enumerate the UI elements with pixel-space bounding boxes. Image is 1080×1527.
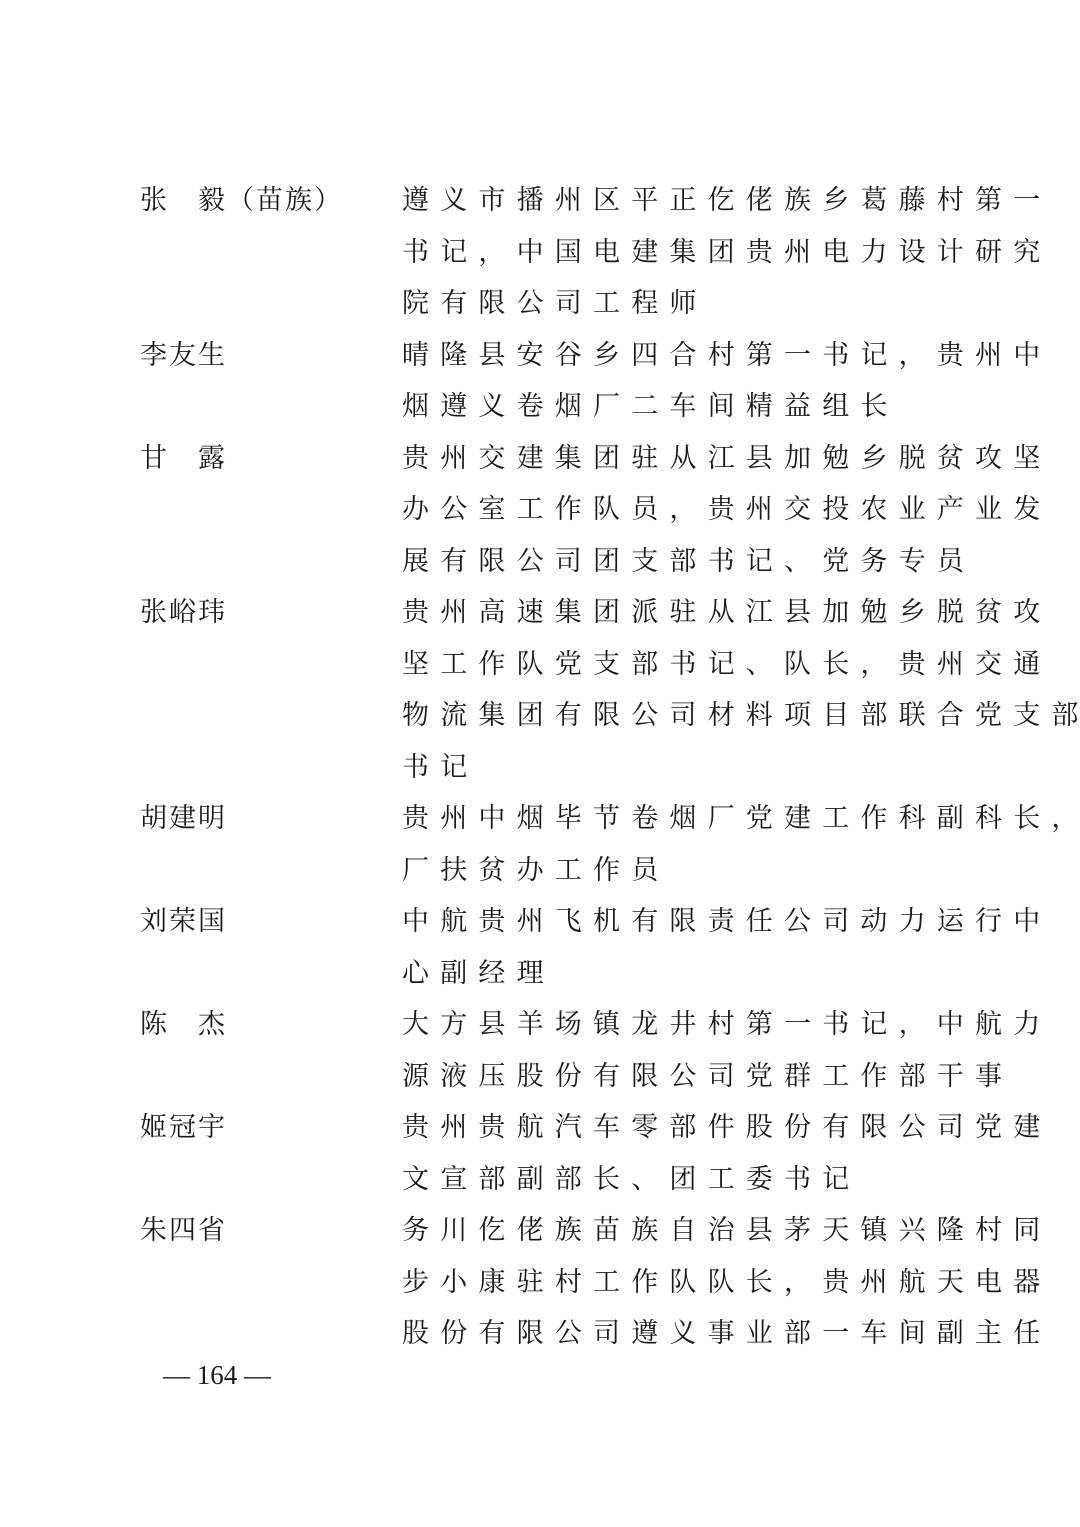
person-name: 张峪玮 [140,587,402,793]
list-item: 张 毅（苗族）遵义市播州区平正仡佬族乡葛藤村第一书记，中国电建集团贵州电力设计研… [140,175,940,330]
description-line: 贵州中烟毕节卷烟厂党建工作科副科长， [402,793,940,845]
list-item: 胡建明贵州中烟毕节卷烟厂党建工作科副科长，厂扶贫办工作员 [140,793,940,896]
person-description: 务川仡佬族苗族自治县茅天镇兴隆村同步小康驻村工作队队长，贵州航天电器股份有限公司… [402,1205,940,1360]
list-item: 李友生晴隆县安谷乡四合村第一书记，贵州中烟遵义卷烟厂二车间精益组长 [140,330,940,433]
description-line: 遵义市播州区平正仡佬族乡葛藤村第一 [402,175,940,227]
description-line: 贵州交建集团驻从江县加勉乡脱贫攻坚 [402,433,940,485]
description-line: 办公室工作队员，贵州交投农业产业发 [402,484,940,536]
person-description: 晴隆县安谷乡四合村第一书记，贵州中烟遵义卷烟厂二车间精益组长 [402,330,940,433]
description-line: 展有限公司团支部书记、党务专员 [402,536,940,588]
document-page: 张 毅（苗族）遵义市播州区平正仡佬族乡葛藤村第一书记，中国电建集团贵州电力设计研… [0,0,1080,1527]
description-line: 心副经理 [402,948,940,1000]
person-description: 遵义市播州区平正仡佬族乡葛藤村第一书记，中国电建集团贵州电力设计研究院有限公司工… [402,175,940,330]
list-item: 张峪玮贵州高速集团派驻从江县加勉乡脱贫攻坚工作队党支部书记、队长，贵州交通物流集… [140,587,940,793]
person-name: 朱四省 [140,1205,402,1360]
description-line: 贵州高速集团派驻从江县加勉乡脱贫攻 [402,587,940,639]
person-description: 大方县羊场镇龙井村第一书记，中航力源液压股份有限公司党群工作部干事 [402,999,940,1102]
person-name: 姬冠宇 [140,1102,402,1205]
description-line: 院有限公司工程师 [402,278,940,330]
description-line: 务川仡佬族苗族自治县茅天镇兴隆村同 [402,1205,940,1257]
description-line: 贵州贵航汽车零部件股份有限公司党建 [402,1102,940,1154]
person-description: 贵州中烟毕节卷烟厂党建工作科副科长，厂扶贫办工作员 [402,793,940,896]
description-line: 坚工作队党支部书记、队长，贵州交通 [402,639,940,691]
description-line: 厂扶贫办工作员 [402,845,940,897]
list-item: 陈 杰大方县羊场镇龙井村第一书记，中航力源液压股份有限公司党群工作部干事 [140,999,940,1102]
list-item: 姬冠宇贵州贵航汽车零部件股份有限公司党建文宣部副部长、团工委书记 [140,1102,940,1205]
page-number: — 164 — [163,1357,271,1393]
list-item: 朱四省务川仡佬族苗族自治县茅天镇兴隆村同步小康驻村工作队队长，贵州航天电器股份有… [140,1205,940,1360]
person-name: 甘 露 [140,433,402,588]
person-name: 张 毅（苗族） [140,175,402,330]
description-line: 文宣部副部长、团工委书记 [402,1154,940,1206]
person-description: 贵州交建集团驻从江县加勉乡脱贫攻坚办公室工作队员，贵州交投农业产业发展有限公司团… [402,433,940,588]
person-description: 中航贵州飞机有限责任公司动力运行中心副经理 [402,896,940,999]
description-line: 书记，中国电建集团贵州电力设计研究 [402,227,940,279]
honoree-list: 张 毅（苗族）遵义市播州区平正仡佬族乡葛藤村第一书记，中国电建集团贵州电力设计研… [140,175,940,1360]
person-name: 刘荣国 [140,896,402,999]
description-line: 书记 [402,742,940,794]
description-line: 物流集团有限公司材料项目部联合党支部 [402,690,940,742]
person-name: 胡建明 [140,793,402,896]
description-line: 中航贵州飞机有限责任公司动力运行中 [402,896,940,948]
list-item: 刘荣国中航贵州飞机有限责任公司动力运行中心副经理 [140,896,940,999]
list-item: 甘 露贵州交建集团驻从江县加勉乡脱贫攻坚办公室工作队员，贵州交投农业产业发展有限… [140,433,940,588]
description-line: 股份有限公司遵义事业部一车间副主任 [402,1308,940,1360]
description-line: 源液压股份有限公司党群工作部干事 [402,1051,940,1103]
person-name: 李友生 [140,330,402,433]
description-line: 步小康驻村工作队队长，贵州航天电器 [402,1257,940,1309]
person-description: 贵州贵航汽车零部件股份有限公司党建文宣部副部长、团工委书记 [402,1102,940,1205]
description-line: 大方县羊场镇龙井村第一书记，中航力 [402,999,940,1051]
person-description: 贵州高速集团派驻从江县加勉乡脱贫攻坚工作队党支部书记、队长，贵州交通物流集团有限… [402,587,940,793]
description-line: 烟遵义卷烟厂二车间精益组长 [402,381,940,433]
person-name: 陈 杰 [140,999,402,1102]
description-line: 晴隆县安谷乡四合村第一书记，贵州中 [402,330,940,382]
